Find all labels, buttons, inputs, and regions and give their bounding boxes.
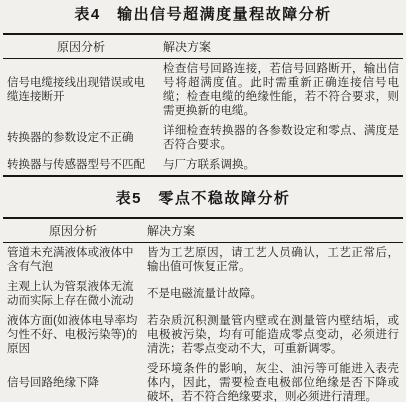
solution-cell: 不是电磁流量计故障。 (143, 284, 403, 304)
solution-cell: 受环境条件的影响，灰尘、油污等可能进入表壳体内，因此，需要检查电极部位绝缘是否下… (143, 359, 403, 402)
cause-cell: 信号电缆接线出现错误或电缆连接断开 (3, 73, 159, 107)
table5-header-row: 原因分析 解决方案 (3, 219, 403, 243)
cause-cell: 液体方面(如液体电导率均匀性不好、电极污染等)的原因 (3, 311, 143, 359)
table4-block: 表4 输出信号超满度量程故障分析 原因分析 解决方案 信号电缆接线出现错误或电缆… (3, 5, 403, 177)
table-row: 主观上认为管泵液体无流动而实际上存在微小流动 不是电磁流量计故障。 (3, 277, 403, 311)
solution-cell: 若杂质沉积测量管内壁或在测量管内壁结垢，或电极被污染，均有可能造成零点变动，必须… (143, 311, 403, 359)
table-row: 转换器与传感器型号不匹配 与厂方联系调换。 (3, 155, 403, 175)
table-row: 信号回路绝缘下降 受环境条件的影响，灰尘、油污等可能进入表壳体内，因此，需要检查… (3, 359, 403, 402)
scanned-document-page: 表4 输出信号超满度量程故障分析 原因分析 解决方案 信号电缆接线出现错误或电缆… (0, 0, 406, 402)
table4-header-row: 原因分析 解决方案 (3, 35, 403, 59)
solution-cell: 检查信号回路连接，若信号回路断开，输出信号将超满度值。此时需重新正确连接信号电缆… (159, 59, 403, 121)
solution-cell: 与厂方联系调换。 (159, 155, 403, 175)
table4-header-solution: 解决方案 (159, 35, 403, 58)
table4-header-cause: 原因分析 (3, 35, 159, 58)
table4: 原因分析 解决方案 信号电缆接线出现错误或电缆连接断开 检查信号回路连接，若信号… (3, 33, 403, 177)
cause-cell: 转换器的参数设定不正确 (3, 128, 159, 148)
cause-cell: 转换器与传感器型号不匹配 (3, 155, 159, 175)
table-row: 转换器的参数设定不正确 详细检查转换器的各参数设定和零点、满度是否符合要求。 (3, 121, 403, 155)
table5: 原因分析 解决方案 管道未充满液体或液体中含有气泡 皆为工艺原因，请工艺人员确认… (3, 217, 403, 402)
table5-header-solution: 解决方案 (143, 219, 403, 242)
solution-cell: 皆为工艺原因，请工艺人员确认，工艺正常后，输出值可恢复正常。 (143, 243, 403, 277)
table-row: 液体方面(如液体电导率均匀性不好、电极污染等)的原因 若杂质沉积测量管内壁或在测… (3, 311, 403, 359)
table5-title: 表5 零点不稳故障分析 (3, 189, 403, 209)
table5-block: 表5 零点不稳故障分析 原因分析 解决方案 管道未充满液体或液体中含有气泡 皆为… (3, 189, 403, 402)
table5-header-cause: 原因分析 (3, 219, 143, 242)
solution-cell: 详细检查转换器的各参数设定和零点、满度是否符合要求。 (159, 121, 403, 155)
table-row: 管道未充满液体或液体中含有气泡 皆为工艺原因，请工艺人员确认，工艺正常后，输出值… (3, 243, 403, 277)
table-row: 信号电缆接线出现错误或电缆连接断开 检查信号回路连接，若信号回路断开，输出信号将… (3, 59, 403, 121)
cause-cell: 主观上认为管泵液体无流动而实际上存在微小流动 (3, 277, 143, 311)
cause-cell: 信号回路绝缘下降 (3, 373, 143, 393)
table4-title: 表4 输出信号超满度量程故障分析 (3, 5, 403, 25)
cause-cell: 管道未充满液体或液体中含有气泡 (3, 243, 143, 277)
